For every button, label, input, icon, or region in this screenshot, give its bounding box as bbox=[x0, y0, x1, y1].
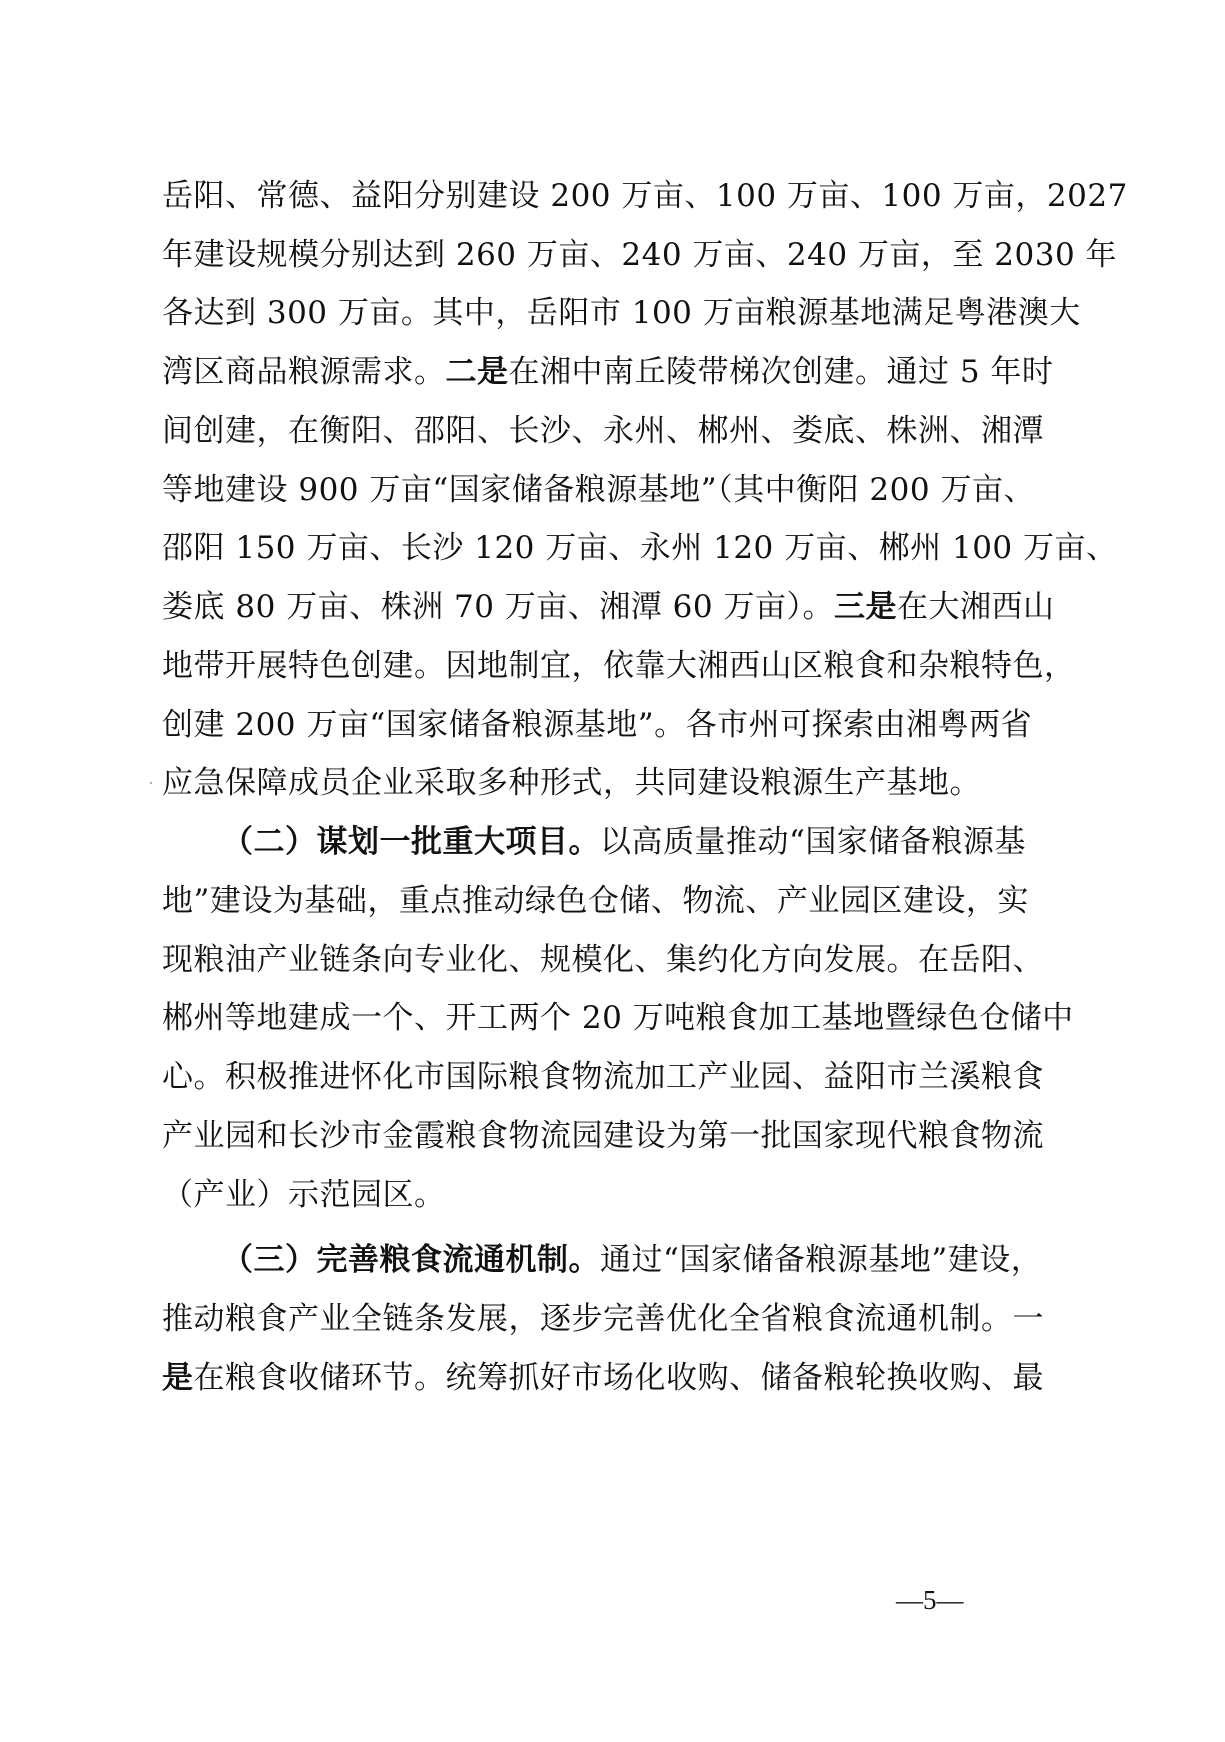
text-run: 娄底 80 万亩、株洲 70 万亩、湘潭 60 万亩）。 bbox=[162, 589, 834, 625]
text-run: 湾区商品粮源需求。 bbox=[162, 354, 446, 390]
section-heading: （三）完善粮食流通机制。 bbox=[222, 1242, 600, 1278]
text-line: 娄底 80 万亩、株洲 70 万亩、湘潭 60 万亩）。三是在大湘西山 bbox=[162, 587, 964, 627]
text-line: 创建 200 万亩“国家储备粮源基地”。各市州可探索由湘粤两省 bbox=[162, 705, 964, 745]
text-run: 通过“国家储备粮源基地”建设， bbox=[600, 1242, 1042, 1278]
text-line: （产业）示范园区。 bbox=[162, 1175, 964, 1215]
text-line: 湾区商品粮源需求。二是在湘中南丘陵带梯次创建。通过 5 年时 bbox=[162, 352, 964, 392]
emphasis-ordinal: 三是 bbox=[834, 589, 897, 625]
document-page: 岳阳、常德、益阳分别建设 200 万亩、100 万亩、100 万亩，2027 年… bbox=[0, 0, 1225, 1742]
text-line: 心。积极推进怀化市国际粮食物流加工产业园、益阳市兰溪粮食 bbox=[162, 1057, 964, 1097]
section-heading: （二）谋划一批重大项目。 bbox=[222, 824, 600, 860]
text-line: 郴州等地建成一个、开工两个 20 万吨粮食加工基地暨绿色仓储中 bbox=[162, 998, 964, 1038]
text-line: 地”建设为基础，重点推动绿色仓储、物流、产业园区建设，实 bbox=[162, 881, 964, 921]
text-line: 推动粮食产业全链条发展，逐步完善优化全省粮食流通机制。一 bbox=[162, 1299, 964, 1339]
text-line: 应急保障成员企业采取多种形式，共同建设粮源生产基地。 bbox=[162, 763, 964, 803]
section-heading-line: （二）谋划一批重大项目。以高质量推动“国家储备粮源基 bbox=[222, 822, 964, 862]
text-run: 在大湘西山 bbox=[897, 589, 1055, 625]
text-run: 在湘中南丘陵带梯次创建。通过 5 年时 bbox=[509, 354, 1054, 390]
text-line: 邵阳 150 万亩、长沙 120 万亩、永州 120 万亩、郴州 100 万亩、 bbox=[162, 528, 964, 568]
text-line: 年建设规模分别达到 260 万亩、240 万亩、240 万亩，至 2030 年 bbox=[162, 235, 964, 275]
text-line: 地带开展特色创建。因地制宜，依靠大湘西山区粮食和杂粮特色， bbox=[162, 646, 964, 686]
text-line: 等地建设 900 万亩“国家储备粮源基地”（其中衡阳 200 万亩、 bbox=[162, 470, 964, 510]
emphasis-ordinal: 二是 bbox=[446, 354, 509, 390]
scan-artifact bbox=[150, 782, 152, 784]
text-line: 产业园和长沙市金霞粮食物流园建设为第一批国家现代粮食物流 bbox=[162, 1116, 964, 1156]
text-run: 以高质量推动“国家储备粮源基 bbox=[600, 824, 1026, 860]
text-line: 是在粮食收储环节。统筹抓好市场化收购、储备粮轮换收购、最 bbox=[162, 1358, 964, 1398]
text-run: 在粮食收储环节。统筹抓好市场化收购、储备粮轮换收购、最 bbox=[194, 1360, 1045, 1396]
text-line: 间创建，在衡阳、邵阳、长沙、永州、郴州、娄底、株洲、湘潭 bbox=[162, 411, 964, 451]
text-line: 岳阳、常德、益阳分别建设 200 万亩、100 万亩、100 万亩，2027 bbox=[162, 176, 964, 216]
page-number: —5— bbox=[896, 1582, 964, 1618]
text-line: 各达到 300 万亩。其中，岳阳市 100 万亩粮源基地满足粤港澳大 bbox=[162, 293, 964, 333]
emphasis-ordinal: 是 bbox=[162, 1360, 194, 1396]
text-line: 现粮油产业链条向专业化、规模化、集约化方向发展。在岳阳、 bbox=[162, 940, 964, 980]
section-heading-line: （三）完善粮食流通机制。通过“国家储备粮源基地”建设， bbox=[222, 1240, 964, 1280]
